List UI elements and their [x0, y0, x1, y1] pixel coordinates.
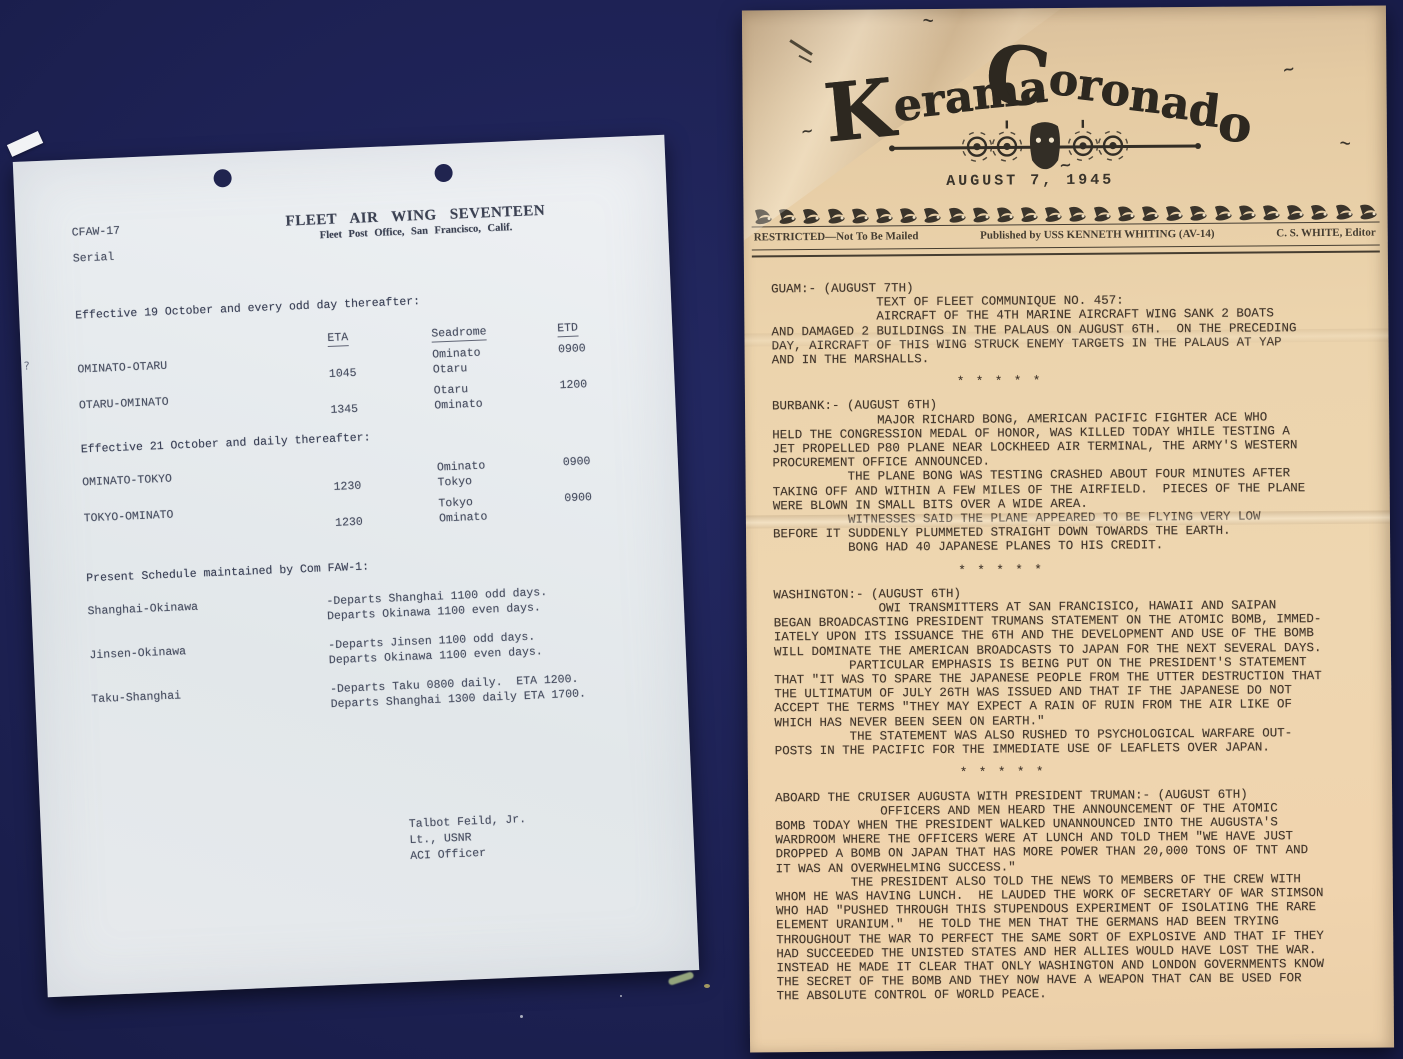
- newsletter-section: BURBANK:- (AUGUST 6TH) MAJOR RICHARD BON…: [772, 395, 1384, 556]
- plane-motif-icon: [1259, 203, 1282, 222]
- plane-motif-icon: [1187, 204, 1210, 223]
- present-details: -Departs Jinsen 1100 odd days. Departs O…: [328, 625, 650, 668]
- plane-motif-icon: [1042, 205, 1065, 224]
- plane-motif-icon: [969, 206, 992, 225]
- plane-motif-icon: [1308, 203, 1331, 222]
- left-document-content: CFAW-17 Serial FLEET AIR WING SEVENTEEN …: [13, 135, 695, 881]
- ink-smudge: ?: [23, 359, 30, 372]
- col-seadrome-label: Seadrome: [431, 325, 487, 342]
- masthead-letter: a: [942, 75, 975, 122]
- plane-motif-icon: [1066, 205, 1089, 224]
- newsletter-section: GUAM:- (AUGUST 7TH) TEXT OF FLEET COMMUN…: [771, 278, 1383, 368]
- newsletter-document: ~ ~ ~ ~ ~ Kerama Coronado: [742, 5, 1394, 1052]
- plane-motif-icon: [945, 206, 968, 225]
- plane-motif-icon: [872, 206, 895, 225]
- route-cell: TOKYO-OMINATO: [83, 501, 329, 541]
- bird-mark: ~: [921, 11, 935, 30]
- section-body: OWI TRANSMITTERS AT SAN FRANCISICO, HAWA…: [774, 598, 1386, 759]
- tape-fragment: [7, 131, 43, 157]
- newsletter-section: WASHINGTON:- (AUGUST 6TH) OWI TRANSMITTE…: [773, 583, 1385, 758]
- dust-speck: [520, 1015, 523, 1018]
- plane-motif-icon: [751, 207, 774, 226]
- present-schedule-row: Jinsen-Okinawa-Departs Jinsen 1100 odd d…: [89, 625, 650, 678]
- plane-motif-icon: [800, 207, 823, 226]
- seadrome-cell: OminatoTokyo: [437, 455, 564, 490]
- eta-value: 1045: [329, 363, 434, 382]
- section-body: MAJOR RICHARD BONG, AMERICAN PACIFIC FIG…: [772, 409, 1384, 556]
- route-cell: OMINATO-TOKYO: [82, 465, 328, 505]
- present-details: -Departs Taku 0800 daily. ETA 1200. Depa…: [330, 669, 652, 712]
- eta-cell: 1045: [322, 348, 433, 383]
- eta-cell: 1230: [328, 496, 439, 531]
- dust-speck: [620, 995, 622, 997]
- letterhead: CFAW-17 Serial FLEET AIR WING SEVENTEEN …: [71, 198, 632, 266]
- seadrome-cell: OtaruOminato: [433, 378, 560, 413]
- plane-motif-icon: [1114, 204, 1137, 223]
- etd-cell: 0900: [558, 339, 639, 372]
- seadrome-cell: OminatoOtaru: [432, 342, 559, 377]
- eta-cell: 1345: [324, 384, 435, 419]
- present-schedule-heading: Present Schedule maintained by Com FAW-1…: [86, 548, 646, 586]
- plane-motif-icon: [921, 206, 944, 225]
- present-schedule-table: Shanghai-Okinawa-Departs Shanghai 1100 o…: [87, 581, 651, 722]
- masthead-letter: o: [1216, 97, 1255, 150]
- newsletter-body: GUAM:- (AUGUST 7TH) TEXT OF FLEET COMMUN…: [744, 252, 1394, 1004]
- plane-motif-icon: [897, 206, 920, 225]
- publisher-label: Published by USS KENNETH WHITING (AV-14): [980, 228, 1215, 242]
- eta-cell: 1230: [327, 461, 438, 496]
- section-separator: * * * * *: [772, 363, 1383, 400]
- plane-motif-icon: [1284, 203, 1307, 222]
- schedule1-heading: Effective 19 October and every odd day t…: [75, 285, 635, 323]
- plane-motif-icon: [1090, 205, 1113, 224]
- present-schedule-row: Taku-Shanghai-Departs Taku 0800 daily. E…: [91, 669, 652, 722]
- etd-cell: 1200: [559, 375, 640, 408]
- schedule-table-2: OMINATO-TOKYO 1230OminatoTokyo0900 TOKYO…: [82, 452, 644, 541]
- present-route: Jinsen-Okinawa: [89, 638, 329, 678]
- seadrome-cell: TokyoOminato: [438, 491, 565, 526]
- plane-motif-icon: [1018, 205, 1041, 224]
- dust-speck: [704, 984, 710, 988]
- masthead-title-word2: Coronado: [983, 18, 1261, 128]
- col-etd-label: ETD: [557, 322, 578, 338]
- paint-smear: [668, 971, 695, 986]
- plane-motif-icon: [1356, 203, 1379, 222]
- restriction-label: RESTRICTED—Not To Be Mailed: [754, 230, 919, 243]
- masthead-letter: C: [981, 32, 1053, 119]
- section-separator: * * * * *: [773, 551, 1384, 588]
- col-eta-label: ETA: [327, 331, 348, 347]
- plane-motif-icon: [1332, 203, 1355, 222]
- signature-block: Talbot Feild, Jr. Lt., USNR ACI Officer: [97, 807, 659, 878]
- route-cell: OTARU-OMINATO: [79, 388, 325, 428]
- plane-motif-icon: [1138, 204, 1161, 223]
- plane-motif-icon: [824, 207, 847, 226]
- etd-cell: 0900: [564, 488, 645, 521]
- newsletter-section: ABOARD THE CRUISER AUGUSTA WITH PRESIDEN…: [775, 786, 1388, 1004]
- serial-label: Serial: [73, 245, 241, 267]
- etd-cell: 0900: [563, 452, 644, 485]
- left-document: ? CFAW-17 Serial FLEET AIR WING SEVENTEE…: [13, 135, 699, 998]
- eta-value: 1345: [330, 399, 435, 418]
- present-route: Taku-Shanghai: [91, 682, 331, 722]
- present-details: -Departs Shanghai 1100 odd days. Departs…: [326, 581, 648, 624]
- plane-motif-icon: [993, 205, 1016, 224]
- present-schedule-row: Shanghai-Okinawa-Departs Shanghai 1100 o…: [87, 581, 648, 634]
- bird-mark: ~: [1338, 133, 1353, 152]
- plane-motif-icon: [1211, 204, 1234, 223]
- eta-value: 1230: [333, 476, 438, 495]
- plane-motif-icon: [1235, 203, 1258, 222]
- section-body: OFFICERS AND MEN HEARD THE ANNOUNCEMENT …: [775, 800, 1388, 1004]
- editor-label: C. S. WHITE, Editor: [1276, 227, 1376, 240]
- present-route: Shanghai-Okinawa: [87, 594, 327, 634]
- form-number: CFAW-17: [71, 219, 239, 241]
- plane-motif-icon: [776, 207, 799, 226]
- masthead-letter: n: [1127, 74, 1164, 121]
- masthead-date: AUGUST 7, 1945: [865, 171, 1195, 191]
- bird-mark: ~: [1281, 59, 1297, 79]
- bird-mark: ~: [800, 121, 815, 141]
- route-cell: OMINATO-OTARU: [77, 352, 323, 392]
- masthead: ~ ~ ~ ~ ~ Kerama Coronado: [742, 5, 1387, 202]
- section-separator: * * * * *: [775, 754, 1386, 791]
- plane-motif-icon: [848, 207, 871, 226]
- seaplane-illustration: [885, 115, 1205, 176]
- section-body: TEXT OF FLEET COMMUNIQUE NO. 457: AIRCRA…: [771, 292, 1383, 368]
- eta-value: 1230: [335, 511, 440, 530]
- plane-motif-icon: [1163, 204, 1186, 223]
